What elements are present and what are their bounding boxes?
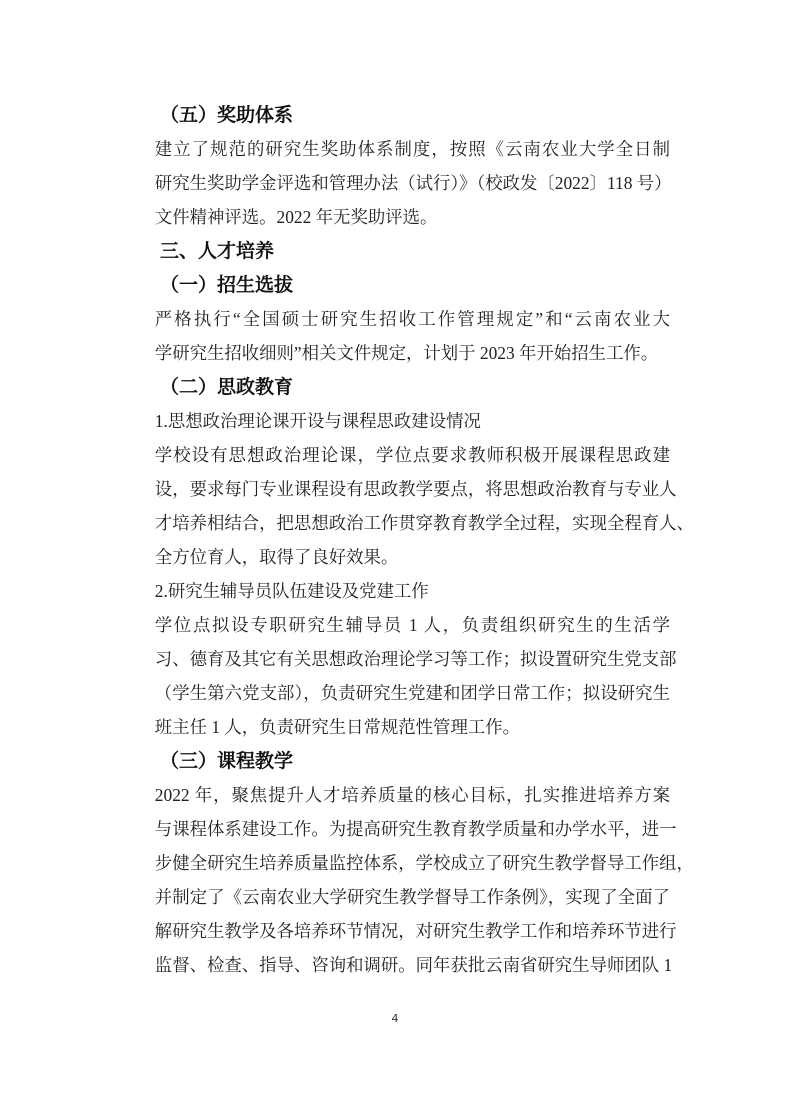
text-line: 学校设有思想政治理论课，学位点要求教师积极开展课程思政建 [120, 438, 670, 472]
text-line: （学生第六党支部），负责研究生党建和团学日常工作；拟设研究生 [120, 676, 670, 710]
text-line: 学研究生招收细则”相关文件规定，计划于 2023 年开始招生工作。 [120, 336, 670, 370]
paragraph-admission: 严格执行“全国硕士研究生招收工作管理规定”和“云南农业大 学研究生招收细则”相关… [120, 302, 670, 370]
paragraph-scholarship: 建立了规范的研究生奖助体系制度，按照《云南农业大学全日制 研究生奖助学金评选和管… [120, 132, 670, 234]
section-heading-ideological-education: （二）思政教育 [120, 370, 670, 404]
text-line: 研究生奖助学金评选和管理办法（试行）》（校政发〔2022〕118 号） [120, 166, 670, 200]
subheading-ideology-courses: 1.思想政治理论课开设与课程思政建设情况 [120, 404, 670, 438]
text-line: 学位点拟设专职研究生辅导员 1 人，负责组织研究生的生活学 [120, 608, 670, 642]
text-line: 文件精神评选。2022 年无奖助评选。 [120, 200, 670, 234]
subheading-counselors-party: 2.研究生辅导员队伍建设及党建工作 [120, 574, 670, 608]
text-line: 习、德育及其它有关思想政治理论学习等工作；拟设置研究生党支部 [120, 642, 670, 676]
text-line: 2022 年，聚焦提升人才培养质量的核心目标，扎实推进培养方案 [120, 778, 670, 812]
chapter-heading-talent-cultivation: 三、人才培养 [120, 234, 670, 268]
text-line: 监督、检查、指导、咨询和调研。同年获批云南省研究生导师团队 1 [120, 948, 670, 982]
text-line: 严格执行“全国硕士研究生招收工作管理规定”和“云南农业大 [120, 302, 670, 336]
text-line: 建立了规范的研究生奖助体系制度，按照《云南农业大学全日制 [120, 132, 670, 166]
page-number: 4 [388, 1012, 402, 1025]
section-heading-admission: （一）招生选拔 [120, 268, 670, 302]
paragraph-counselors-party: 学位点拟设专职研究生辅导员 1 人，负责组织研究生的生活学 习、德育及其它有关思… [120, 608, 670, 744]
text-line: 设，要求每门专业课程设有思政教学要点，将思想政治教育与专业人 [120, 472, 670, 506]
text-line: 与课程体系建设工作。为提高研究生教育教学质量和办学水平，进一 [120, 812, 670, 846]
text-line: 班主任 1 人，负责研究生日常规范性管理工作。 [120, 710, 670, 744]
text-line: 解研究生教学及各培养环节情况，对研究生教学工作和培养环节进行 [120, 914, 670, 948]
paragraph-ideology-courses: 学校设有思想政治理论课，学位点要求教师积极开展课程思政建 设，要求每门专业课程设… [120, 438, 670, 574]
document-page: （五）奖助体系 建立了规范的研究生奖助体系制度，按照《云南农业大学全日制 研究生… [0, 0, 788, 1114]
section-heading-course-teaching: （三）课程教学 [120, 744, 670, 778]
paragraph-course-teaching: 2022 年，聚焦提升人才培养质量的核心目标，扎实推进培养方案 与课程体系建设工… [120, 778, 670, 982]
text-line: 才培养相结合，把思想政治工作贯穿教育教学全过程，实现全程育人、 [120, 506, 670, 540]
text-line: 并制定了《云南农业大学研究生教学督导工作条例》，实现了全面了 [120, 880, 670, 914]
text-line: 步健全研究生培养质量监控体系，学校成立了研究生教学督导工作组， [120, 846, 670, 880]
text-line: 全方位育人，取得了良好效果。 [120, 540, 670, 574]
page-content: （五）奖助体系 建立了规范的研究生奖助体系制度，按照《云南农业大学全日制 研究生… [120, 98, 670, 982]
section-heading-scholarship-system: （五）奖助体系 [120, 98, 670, 132]
